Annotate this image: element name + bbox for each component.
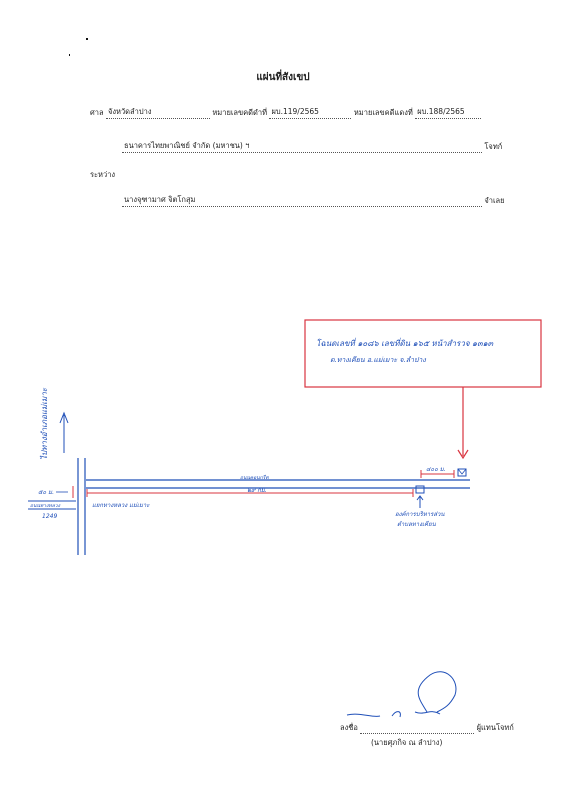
deed-note-line2: ต.ทางเคียน อ.แม่เมาะ จ.ลำปาง [330, 356, 426, 364]
main-distance-label: ๒๙ กม. [247, 487, 267, 494]
landmark-building-icon [416, 486, 424, 493]
village-road-label: แยกทางหลวง แม่เมาะ [92, 502, 150, 509]
deed-note-box [305, 320, 541, 387]
highway-number: 1249 [42, 513, 57, 520]
short-distance-label: ๔๐๐ ม. [426, 466, 446, 473]
signature-row: ลงชื่อ ผู้แทนโจทก์ [340, 722, 514, 734]
signature-role: ผู้แทนโจทก์ [477, 723, 514, 732]
north-road-label: ไปทางอำเภอแม่เมาะ [39, 387, 49, 460]
sign-label: ลงชื่อ [340, 723, 358, 732]
landmark-label-line2: ตำบลทางเคียน [397, 520, 437, 528]
highway-label: ถนนทางหลวง [30, 503, 61, 509]
landmark-label-line1: องค์การบริหารส่วน [395, 510, 445, 518]
signer-name: (นายศุภกิจ ณ ลำปาง) [371, 737, 442, 749]
concrete-road-label: ถนนคอนกรีต [240, 474, 269, 481]
left-distance-label: ๕๐ ม. [38, 489, 54, 496]
location-sketch-map: โฉนดเลขที่ ๑๐๘๖ เลขที่ดิน ๑๖๕ หน้าสำรวจ … [0, 0, 566, 800]
deed-note-line1: โฉนดเลขที่ ๑๐๘๖ เลขที่ดิน ๑๖๕ หน้าสำรวจ … [316, 337, 494, 348]
signature-scribble [347, 672, 456, 717]
document-page: แผ่นที่สังเขป ศาล จังหวัดลำปาง หมายเลขคด… [0, 0, 566, 800]
